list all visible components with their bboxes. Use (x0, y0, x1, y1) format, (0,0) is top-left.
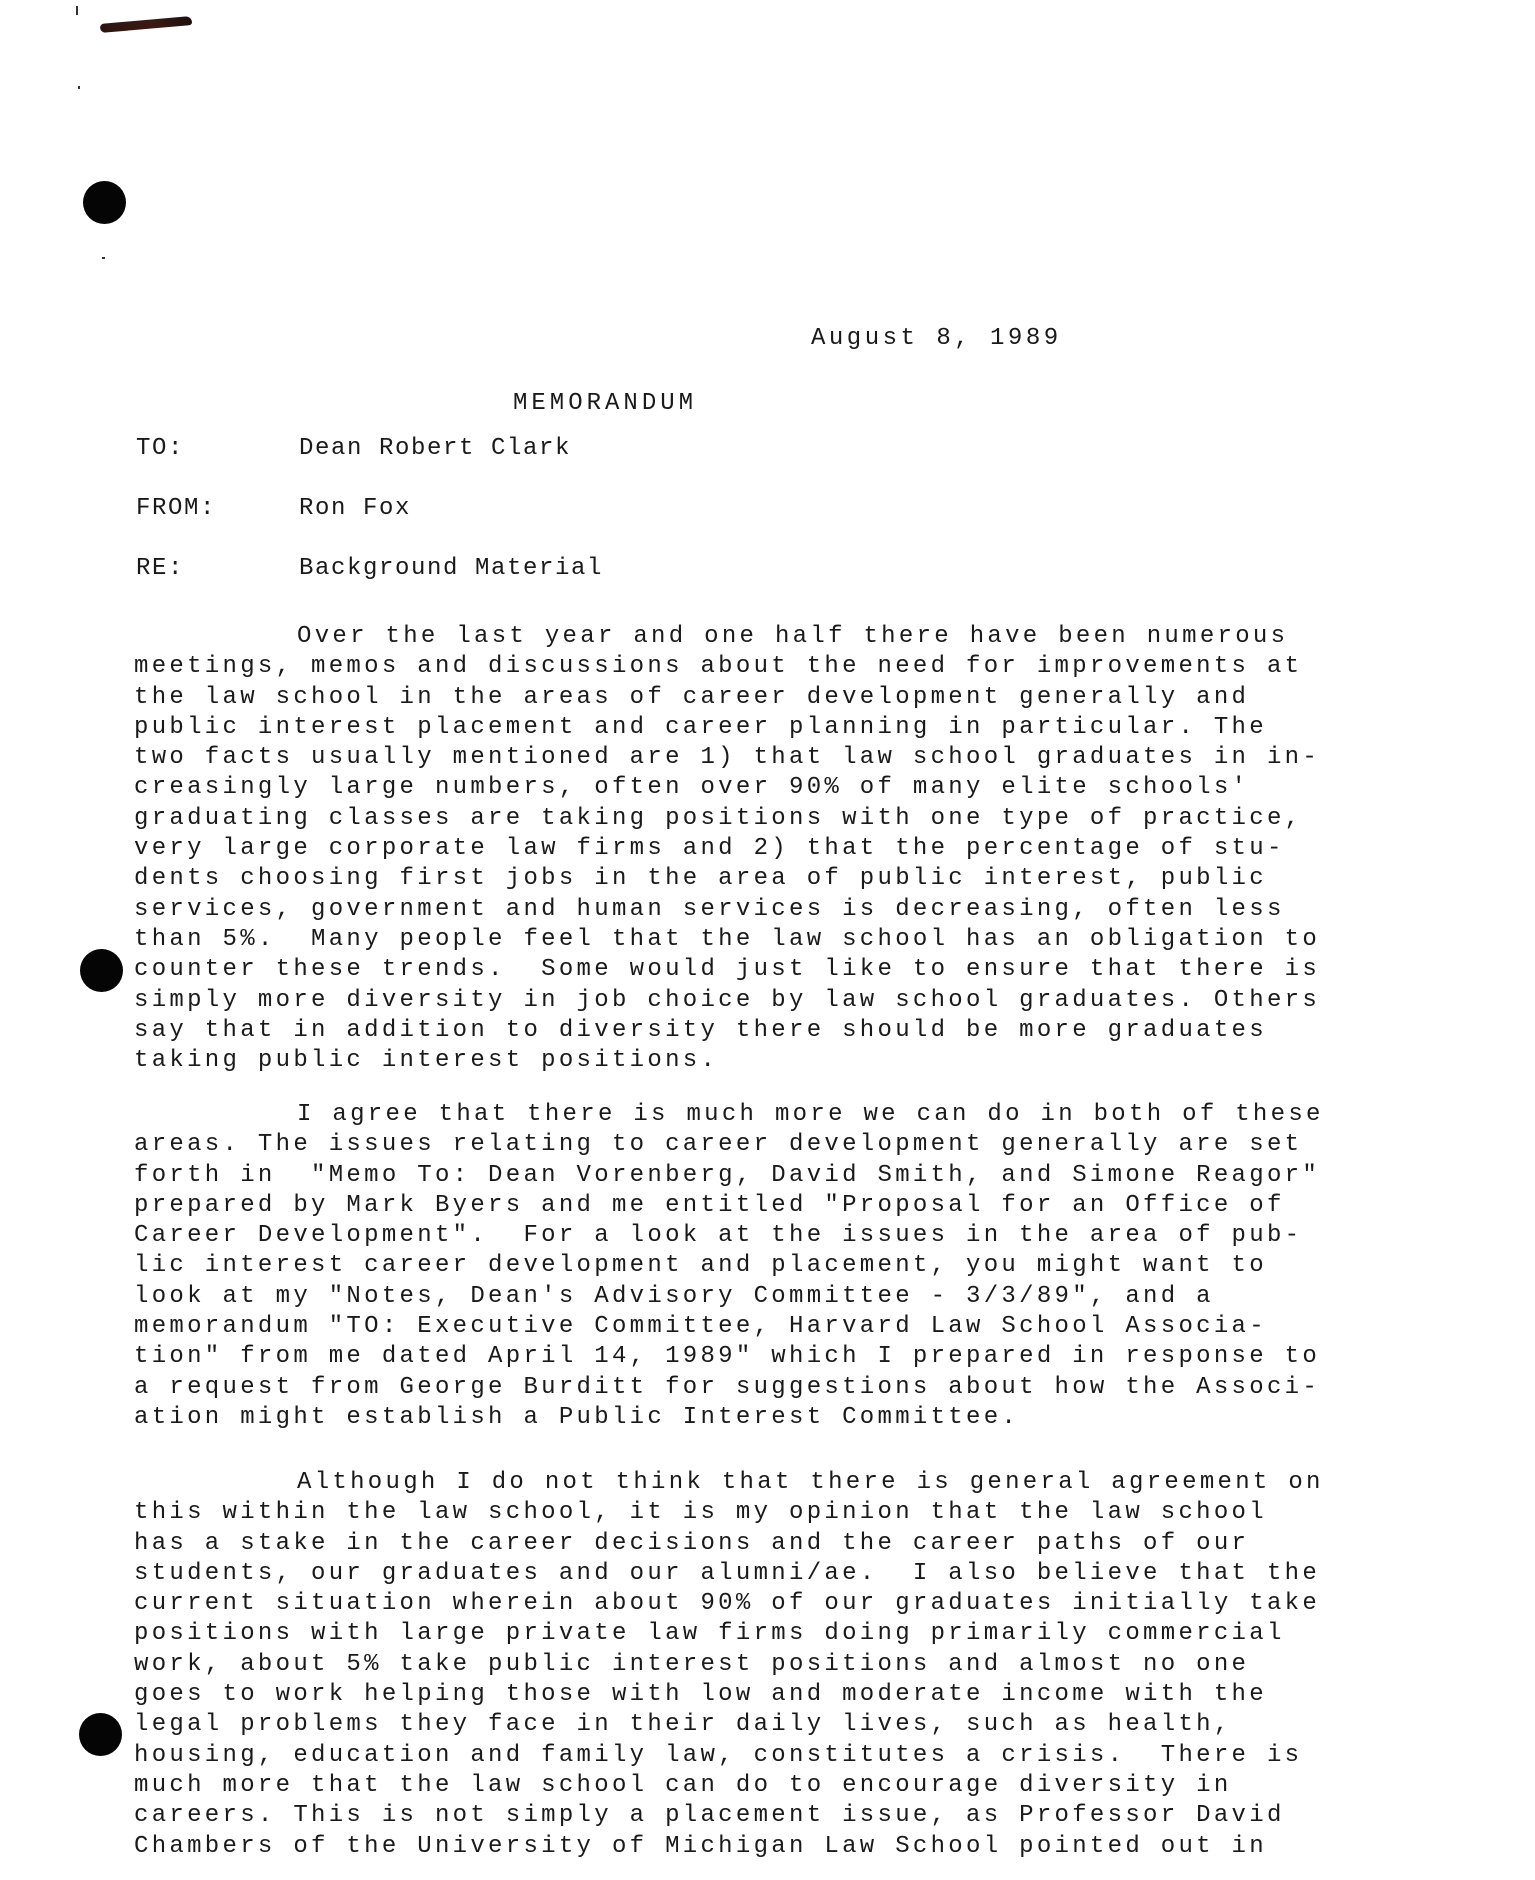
paragraph-line: Career Development". For a look at the i… (134, 1221, 1374, 1251)
paragraph-line: areas. The issues relating to career dev… (134, 1130, 1374, 1160)
paragraph-line: counter these trends. Some would just li… (134, 955, 1374, 985)
paragraph-line: housing, education and family law, const… (134, 1741, 1374, 1771)
paragraph-line: work, about 5% take public interest posi… (134, 1650, 1374, 1680)
paragraph-line: prepared by Mark Byers and me entitled "… (134, 1191, 1374, 1221)
paragraph-line: legal problems they face in their daily … (134, 1710, 1374, 1740)
paragraph-line: services, government and human services … (134, 895, 1374, 925)
paragraph-line: a request from George Burditt for sugges… (134, 1373, 1374, 1403)
re-value: Background Material (299, 554, 603, 584)
paragraph-line: positions with large private law firms d… (134, 1619, 1374, 1649)
paragraph-line: this within the law school, it is my opi… (134, 1498, 1374, 1528)
paragraph-line: very large corporate law firms and 2) th… (134, 834, 1374, 864)
paragraph-line: meetings, memos and discussions about th… (134, 652, 1374, 682)
paragraph-line: students, our graduates and our alumni/a… (134, 1559, 1374, 1589)
paragraph-line: I agree that there is much more we can d… (134, 1100, 1374, 1130)
from-value: Ron Fox (299, 494, 411, 524)
paragraph-line: much more that the law school can do to … (134, 1771, 1374, 1801)
speck-mark (78, 86, 80, 89)
paragraph-line: Over the last year and one half there ha… (134, 622, 1374, 652)
memo-title: MEMORANDUM (513, 389, 697, 419)
punch-hole-middle (80, 949, 123, 992)
memo-page: August 8, 1989 MEMORANDUM TO: Dean Rober… (0, 0, 1535, 1880)
body-paragraph-3: Although I do not think that there is ge… (134, 1468, 1374, 1862)
paragraph-line: memorandum "TO: Executive Committee, Har… (134, 1312, 1374, 1342)
paragraph-line: taking public interest positions. (134, 1046, 1374, 1076)
paragraph-line: has a stake in the career decisions and … (134, 1529, 1374, 1559)
paragraph-line: tion" from me dated April 14, 1989" whic… (134, 1342, 1374, 1372)
paragraph-line: the law school in the areas of career de… (134, 683, 1374, 713)
paragraph-line: goes to work helping those with low and … (134, 1680, 1374, 1710)
to-label: TO: (136, 434, 184, 464)
paragraph-line: creasingly large numbers, often over 90%… (134, 773, 1374, 803)
paragraph-line: lic interest career development and plac… (134, 1251, 1374, 1281)
body-paragraph-1: Over the last year and one half there ha… (134, 622, 1374, 1076)
re-label: RE: (136, 554, 184, 584)
paragraph-line: than 5%. Many people feel that the law s… (134, 925, 1374, 955)
paragraph-line: current situation wherein about 90% of o… (134, 1589, 1374, 1619)
punch-hole-top (83, 181, 126, 224)
paragraph-line: say that in addition to diversity there … (134, 1016, 1374, 1046)
ink-scratch-mark (100, 16, 192, 33)
paragraph-line: two facts usually mentioned are 1) that … (134, 743, 1374, 773)
punch-hole-bottom (79, 1713, 122, 1756)
paragraph-line: forth in "Memo To: Dean Vorenberg, David… (134, 1161, 1374, 1191)
paragraph-line: careers. This is not simply a placement … (134, 1801, 1374, 1831)
paragraph-line: public interest placement and career pla… (134, 713, 1374, 743)
paragraph-line: ation might establish a Public Interest … (134, 1403, 1374, 1433)
paragraph-line: Although I do not think that there is ge… (134, 1468, 1374, 1498)
to-value: Dean Robert Clark (299, 434, 571, 464)
speck-mark (76, 6, 78, 15)
memo-date: August 8, 1989 (811, 324, 1062, 354)
from-label: FROM: (136, 494, 216, 524)
paragraph-line: graduating classes are taking positions … (134, 804, 1374, 834)
body-paragraph-2: I agree that there is much more we can d… (134, 1100, 1374, 1433)
speck-mark (102, 257, 105, 259)
paragraph-line: Chambers of the University of Michigan L… (134, 1832, 1374, 1862)
paragraph-line: look at my "Notes, Dean's Advisory Commi… (134, 1282, 1374, 1312)
paragraph-line: simply more diversity in job choice by l… (134, 986, 1374, 1016)
paragraph-line: dents choosing first jobs in the area of… (134, 864, 1374, 894)
